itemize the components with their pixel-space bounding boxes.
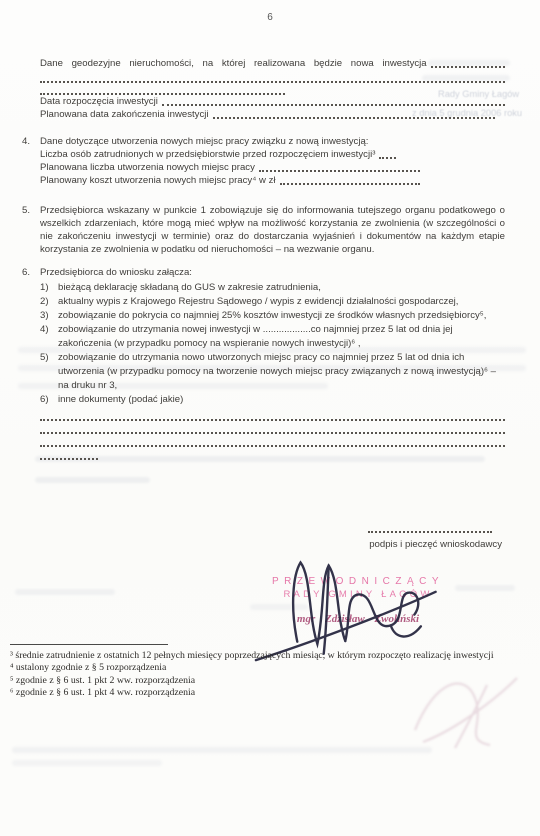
list-item: 6) inne dokumenty (podać jakie) xyxy=(40,393,505,407)
planned-cost-line: Planowany koszt utworzenia nowych miejsc… xyxy=(40,174,420,187)
item-5-text: Przedsiębiorca wskazany w punkcie 1 zobo… xyxy=(40,204,505,256)
geodetic-line: Dane geodezyjne nieruchomości, na której… xyxy=(40,57,505,70)
list-item-text: inne dokumenty (podać jakie) xyxy=(58,394,183,405)
attachment-list: 1) bieżącą deklarację składaną do GUS w … xyxy=(40,281,505,407)
list-item-number: 1) xyxy=(40,281,49,295)
footnote-5: ⁵ zgodnie z § 6 ust. 1 pkt 2 ww. rozporz… xyxy=(10,675,502,687)
planned-jobs-line: Planowana liczba utworzenia nowych miejs… xyxy=(40,161,420,174)
item-4: 4. Dane dotyczące utworzenia nowych miej… xyxy=(22,135,505,187)
dotted-line xyxy=(40,410,505,421)
footnote-4: ⁴ ustalony zgodnie z § 5 rozporządzenia xyxy=(10,662,502,674)
end-date-line: Planowana data zakończenia inwestycji xyxy=(40,108,505,121)
list-item-text: zobowiązanie do utrzymania nowo utworzon… xyxy=(58,352,496,391)
dotted-line xyxy=(40,84,285,95)
item-6-heading: Przedsiębiorca do wniosku załącza: xyxy=(40,266,505,279)
list-item-number: 5) xyxy=(40,351,49,365)
list-item-text: aktualny wypis z Krajowego Rejestru Sądo… xyxy=(58,296,458,307)
section-geodetic-data: Dane geodezyjne nieruchomości, na której… xyxy=(40,57,505,121)
list-item-text: zobowiązanie do pokrycia co najmniej 25%… xyxy=(58,310,486,321)
start-date-label: Data rozpoczęcia inwestycji xyxy=(40,95,158,108)
signature-dotted-line xyxy=(368,531,492,533)
dotted-line xyxy=(213,117,495,119)
employees-count-label: Liczba osób zatrudnionych w przedsiębior… xyxy=(40,148,375,161)
list-item-text: zobowiązanie do utrzymania nowej inwesty… xyxy=(58,324,453,349)
footnotes: ³ średnie zatrudnienie z ostatnich 12 pe… xyxy=(10,650,502,700)
handwritten-signature xyxy=(238,545,453,663)
item-4-heading: Dane dotyczące utworzenia nowych miejsc … xyxy=(40,135,505,148)
list-item: 3) zobowiązanie do pokrycia co najmniej … xyxy=(40,309,505,323)
dotted-line xyxy=(162,104,505,106)
list-item: 5) zobowiązanie do utrzymania nowo utwor… xyxy=(40,351,505,393)
geodetic-label: Dane geodezyjne nieruchomości, na której… xyxy=(40,57,427,70)
ghost-text-line xyxy=(12,747,432,753)
scanned-document-page: Rady Gminy Łagów z dnia 5 grudnia 2006 r… xyxy=(0,0,540,836)
ghost-text-line xyxy=(35,477,150,483)
list-item-number: 3) xyxy=(40,309,49,323)
dotted-line xyxy=(40,436,505,447)
ghost-text-line xyxy=(455,585,515,591)
dotted-line xyxy=(259,170,420,172)
planned-jobs-label: Planowana liczba utworzenia nowych miejs… xyxy=(40,161,255,174)
dotted-line xyxy=(280,183,420,185)
ghost-text-line xyxy=(15,589,115,595)
list-item-number: 4) xyxy=(40,323,49,337)
item-6: 6. Przedsiębiorca do wniosku załącza: 1)… xyxy=(22,266,505,460)
footnote-3: ³ średnie zatrudnienie z ostatnich 12 pe… xyxy=(10,650,502,662)
dotted-line xyxy=(379,157,396,159)
planned-cost-label: Planowany koszt utworzenia nowych miejsc… xyxy=(40,174,276,187)
employees-count-line: Liczba osób zatrudnionych w przedsiębior… xyxy=(40,148,396,161)
footnote-separator xyxy=(10,644,168,645)
dotted-line xyxy=(40,449,98,460)
list-item: 2) aktualny wypis z Krajowego Rejestru S… xyxy=(40,295,505,309)
list-item-number: 2) xyxy=(40,295,49,309)
dotted-line xyxy=(40,72,505,83)
ghost-text-line xyxy=(12,760,162,766)
item-4-number: 4. xyxy=(22,135,30,148)
start-date-line: Data rozpoczęcia inwestycji xyxy=(40,95,505,108)
list-item-text: bieżącą deklarację składaną do GUS w zak… xyxy=(58,282,321,293)
dotted-line xyxy=(431,66,505,68)
item-5: 5. Przedsiębiorca wskazany w punkcie 1 z… xyxy=(22,204,505,256)
dotted-line xyxy=(40,423,505,434)
end-date-label: Planowana data zakończenia inwestycji xyxy=(40,108,209,121)
list-item: 4) zobowiązanie do utrzymania nowej inwe… xyxy=(40,323,492,351)
list-item: 1) bieżącą deklarację składaną do GUS w … xyxy=(40,281,505,295)
page-number: 6 xyxy=(0,12,540,23)
footnote-6: ⁶ zgodnie z § 6 ust. 1 pkt 4 ww. rozporz… xyxy=(10,687,502,699)
item-6-number: 6. xyxy=(22,266,30,279)
item-5-number: 5. xyxy=(22,204,30,217)
list-item-number: 6) xyxy=(40,393,49,407)
